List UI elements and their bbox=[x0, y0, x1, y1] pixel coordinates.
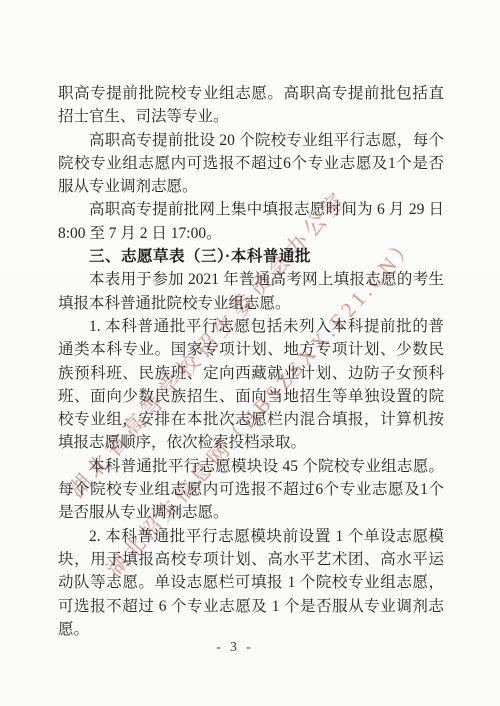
document-paragraph: 1. 本科普通批平行志愿包括未列入本科提前批的普通类本科专业。国家专项计划、地方… bbox=[58, 315, 444, 455]
document-body-text: 职高专提前批院校专业组志愿。高职高专提前批包括直招士官生、司法等专业。高职高专提… bbox=[58, 82, 444, 641]
document-paragraph: 高职高专提前批设 20 个院校专业组平行志愿，每个院校专业组志愿内可选报不超过6… bbox=[58, 129, 444, 199]
document-paragraph: 职高专提前批院校专业组志愿。高职高专提前批包括直招士官生、司法等专业。 bbox=[58, 82, 444, 129]
document-paragraph: 本科普通批平行志愿模块设 45 个院校专业组志愿。每个院校专业组志愿内可选报不超… bbox=[58, 455, 444, 525]
scanned-document-page: 湖北省高等学校招生委员会办公室 湖北招生信息网（HBSZSXX.E21.CN） … bbox=[0, 0, 500, 706]
document-paragraph: 高职高专提前批网上集中填报志愿时间为 6 月 29 日 8:00 至 7 月 2… bbox=[58, 198, 444, 245]
document-paragraph: 2. 本科普通批平行志愿模块前设置 1 个单设志愿模块，用于填报高校专项计划、高… bbox=[58, 525, 444, 641]
document-paragraph: 三、志愿草表（三）·本科普通批 bbox=[58, 245, 444, 268]
document-paragraph: 本表用于参加 2021 年普通高考网上填报志愿的考生填报本科普通批院校专业组志愿… bbox=[58, 268, 444, 315]
page-number: - 3 - bbox=[0, 639, 470, 655]
